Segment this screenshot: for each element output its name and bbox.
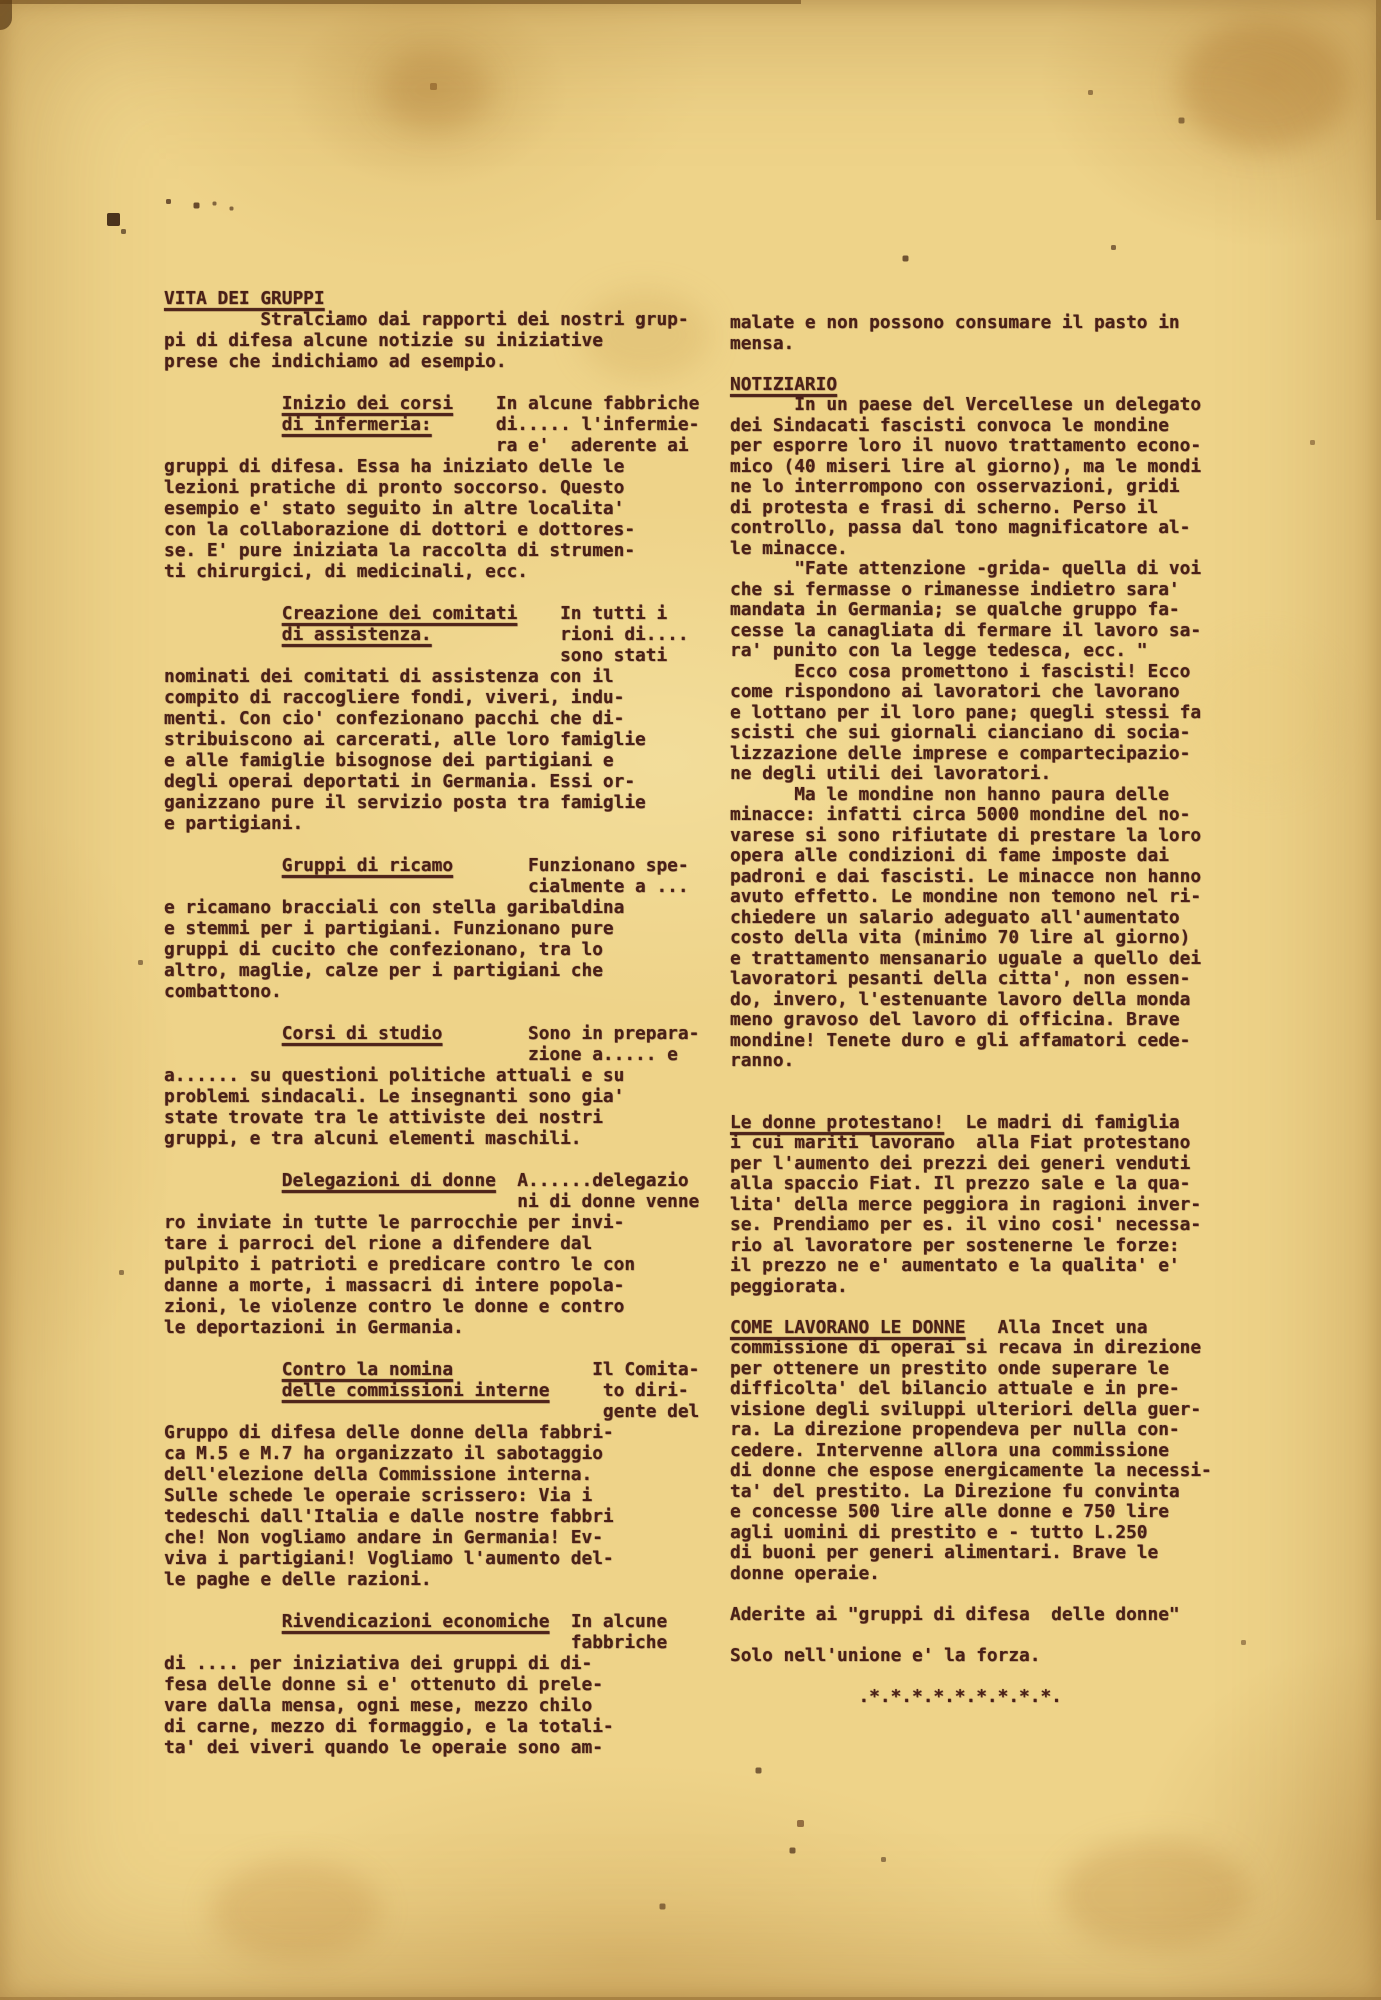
text-run: rioni di.... bbox=[432, 624, 689, 645]
text-line: padroni e dai fascisti. Le minacce non h… bbox=[730, 867, 1212, 888]
text-line: che si fermasse o rimanesse indietro sar… bbox=[730, 580, 1212, 601]
text-run: In un paese del Vercellese un delegato bbox=[730, 394, 1201, 415]
text-run: cialmente a ... bbox=[164, 876, 689, 897]
text-line: cedere. Intervenne allora una commission… bbox=[730, 1441, 1212, 1462]
text-line: cesse la canagliata di fermare il lavoro… bbox=[730, 621, 1212, 642]
text-line: di donne che espose energicamente la nec… bbox=[730, 1461, 1212, 1482]
text-line: visione degli sviluppi ulteriori della g… bbox=[730, 1400, 1212, 1421]
text-line: Le donne protestano! Le madri di famigli… bbox=[730, 1113, 1212, 1134]
text-line: lezioni pratiche di pronto soccorso. Que… bbox=[164, 477, 699, 498]
text-line: con la collaborazione di dottori e dotto… bbox=[164, 519, 699, 540]
text-line: do, invero, l'estenuante lavoro della mo… bbox=[730, 990, 1212, 1011]
text-run: ro inviate in tutte le parrocchie per in… bbox=[164, 1212, 624, 1233]
text-line: mondine! Tenete duro e gli affamatori ce… bbox=[730, 1031, 1212, 1052]
text-run: ne degli utili dei lavoratori. bbox=[730, 763, 1051, 784]
text-run: e partigiani. bbox=[164, 813, 303, 834]
right-column: malate e non possono consumare il pasto … bbox=[730, 313, 1212, 1707]
text-run: ra. La direzione propendeva per nulla co… bbox=[730, 1419, 1180, 1440]
text-run: gruppi di difesa. Essa ha iniziato delle… bbox=[164, 456, 624, 477]
text-line: malate e non possono consumare il pasto … bbox=[730, 313, 1212, 334]
text-line: tare i parroci del rione a difendere dal bbox=[164, 1233, 699, 1254]
section-heading: Contro la nomina bbox=[282, 1359, 453, 1380]
text-run: le minacce. bbox=[730, 538, 848, 559]
text-run: agli uomini di prestito e - tutto L.250 bbox=[730, 1522, 1148, 1543]
text-line: nominati dei comitati di assistenza con … bbox=[164, 666, 699, 687]
text-run: varese si sono rifiutate di prestare la … bbox=[730, 825, 1201, 846]
text-run: esempio e' stato seguito in altre locali… bbox=[164, 498, 624, 519]
text-run: costo della vita (minimo 70 lire al gior… bbox=[730, 927, 1190, 948]
section-heading: delle commissioni interne bbox=[282, 1380, 550, 1401]
text-line: se. E' pure iniziata la raccolta di stru… bbox=[164, 540, 699, 561]
text-line: e concesse 500 lire alle donne e 750 lir… bbox=[730, 1502, 1212, 1523]
text-run: ne lo interrompono con osservazioni, gri… bbox=[730, 476, 1180, 497]
text-run: dell'elezione della Commissione interna. bbox=[164, 1464, 592, 1485]
text-run: lavoratori pesanti della citta', non ess… bbox=[730, 968, 1190, 989]
text-run: lita' della merce peggiora in ragioni in… bbox=[730, 1194, 1201, 1215]
text-line: e trattamento mensanario uguale a quello… bbox=[730, 949, 1212, 970]
text-run: avuto effetto. Le mondine non temono nel… bbox=[730, 886, 1201, 907]
text-run: ra' punito con la legge tedesca, ecc. " bbox=[730, 640, 1148, 661]
text-run: il prezzo ne e' aumentato e la qualita' … bbox=[730, 1255, 1180, 1276]
text-line: lavoratori pesanti della citta', non ess… bbox=[730, 969, 1212, 990]
text-run: danne a morte, i massacri di intere popo… bbox=[164, 1275, 624, 1296]
text-line: Stralciamo dai rapporti dei nostri grup- bbox=[164, 309, 699, 330]
text-run: tedeschi dall'Italia e dalle nostre fabb… bbox=[164, 1506, 614, 1527]
text-line: per esporre loro il nuovo trattamento ec… bbox=[730, 436, 1212, 457]
text-line: COME LAVORANO LE DONNE Alla Incet una bbox=[730, 1318, 1212, 1339]
text-run: malate e non possono consumare il pasto … bbox=[730, 312, 1180, 333]
paper-corner-topleft bbox=[0, 0, 12, 30]
section-heading: VITA DEI GRUPPI bbox=[164, 288, 325, 309]
text-run: di donne che espose energicamente la nec… bbox=[730, 1460, 1212, 1481]
text-line: rio al lavoratore per sostenerne le forz… bbox=[730, 1236, 1212, 1257]
text-run bbox=[164, 1170, 282, 1191]
text-line: commissione di operai si recava in direz… bbox=[730, 1338, 1212, 1359]
text-line bbox=[164, 372, 699, 393]
text-line: delle commissioni interne to diri- bbox=[164, 1380, 699, 1401]
text-run: padroni e dai fascisti. Le minacce non h… bbox=[730, 866, 1201, 887]
text-line: esempio e' stato seguito in altre locali… bbox=[164, 498, 699, 519]
text-line: di protesta e frasi di scherno. Perso il bbox=[730, 498, 1212, 519]
text-run: mondine! Tenete duro e gli affamatori ce… bbox=[730, 1030, 1190, 1051]
text-line: le paghe e delle razioni. bbox=[164, 1569, 699, 1590]
text-line bbox=[730, 1625, 1212, 1646]
text-line: tedeschi dall'Italia e dalle nostre fabb… bbox=[164, 1506, 699, 1527]
text-run: ta' dei viveri quando le operaie sono am… bbox=[164, 1737, 603, 1758]
text-line: degli operai deportati in Germania. Essi… bbox=[164, 771, 699, 792]
text-run: ra e' aderente ai bbox=[164, 435, 689, 456]
text-line: altro, maglie, calze per i partigiani ch… bbox=[164, 960, 699, 981]
text-run: Le madri di famiglia bbox=[944, 1112, 1180, 1133]
section-heading: Inizio dei corsi bbox=[282, 393, 453, 414]
text-line: meno gravoso del lavoro di officina. Bra… bbox=[730, 1010, 1212, 1031]
text-line: per l'aumento dei prezzi dei generi vend… bbox=[730, 1154, 1212, 1175]
text-line bbox=[164, 1590, 699, 1611]
text-line: VITA DEI GRUPPI bbox=[164, 288, 699, 309]
text-run: problemi sindacali. Le insegnanti sono g… bbox=[164, 1086, 624, 1107]
text-line: ne lo interrompono con osservazioni, gri… bbox=[730, 477, 1212, 498]
text-line: scisti che sui giornali cianciano di soc… bbox=[730, 723, 1212, 744]
text-line: "Fate attenzione -grida- quella di voi bbox=[730, 559, 1212, 580]
text-run: visione degli sviluppi ulteriori della g… bbox=[730, 1399, 1201, 1420]
text-run: di..... l'infermie- bbox=[432, 414, 700, 435]
text-line: .*.*.*.*.*.*.*.*.*. bbox=[730, 1687, 1212, 1708]
text-line: gente del bbox=[164, 1401, 699, 1422]
text-line: fabbriche bbox=[164, 1632, 699, 1653]
text-line: sono stati bbox=[164, 645, 699, 666]
text-line: prese che indichiamo ad esempio. bbox=[164, 351, 699, 372]
text-run: A......delegazio bbox=[496, 1170, 689, 1191]
text-run: con la collaborazione di dottori e dotto… bbox=[164, 519, 635, 540]
text-line: compito di raccogliere fondi, viveri, in… bbox=[164, 687, 699, 708]
text-run: compito di raccogliere fondi, viveri, in… bbox=[164, 687, 624, 708]
text-line: gruppi, e tra alcuni elementi maschili. bbox=[164, 1128, 699, 1149]
text-line: a...... su questioni politiche attuali e… bbox=[164, 1065, 699, 1086]
text-run bbox=[164, 855, 282, 876]
text-line: ti chirurgici, di medicinali, ecc. bbox=[164, 561, 699, 582]
text-line: controllo, passa dal tono magnificatore … bbox=[730, 518, 1212, 539]
text-line: che! Non vogliamo andare in Germania! Ev… bbox=[164, 1527, 699, 1548]
text-line: combattono. bbox=[164, 981, 699, 1002]
text-line: fesa delle donne si e' ottenuto di prele… bbox=[164, 1674, 699, 1695]
text-run: mico (40 miseri lire al giorno), ma le m… bbox=[730, 456, 1201, 477]
text-line: Aderite ai "gruppi di difesa delle donne… bbox=[730, 1605, 1212, 1626]
text-run: .*.*.*.*.*.*.*.*.*. bbox=[730, 1686, 1062, 1707]
text-run: ni di donne venne bbox=[164, 1191, 699, 1212]
text-line: mandata in Germania; se qualche gruppo f… bbox=[730, 600, 1212, 621]
text-line: ca M.5 e M.7 ha organizzato il sabotaggi… bbox=[164, 1443, 699, 1464]
text-run bbox=[164, 624, 282, 645]
text-line: Gruppi di ricamo Funzionano spe- bbox=[164, 855, 699, 876]
text-line: costo della vita (minimo 70 lire al gior… bbox=[730, 928, 1212, 949]
text-run: Sulle schede le operaie scrissero: Via i bbox=[164, 1485, 592, 1506]
text-run bbox=[164, 393, 282, 414]
text-run: scisti che sui giornali cianciano di soc… bbox=[730, 722, 1190, 743]
text-run: altro, maglie, calze per i partigiani ch… bbox=[164, 960, 603, 981]
text-run: ganizzano pure il servizio posta tra fam… bbox=[164, 792, 646, 813]
text-run: mensa. bbox=[730, 333, 794, 354]
text-line bbox=[164, 1002, 699, 1023]
section-heading: Rivendicazioni economiche bbox=[282, 1611, 550, 1632]
text-run: meno gravoso del lavoro di officina. Bra… bbox=[730, 1009, 1180, 1030]
section-heading: di assistenza. bbox=[282, 624, 432, 645]
text-run: per l'aumento dei prezzi dei generi vend… bbox=[730, 1153, 1190, 1174]
left-column: VITA DEI GRUPPI Stralciamo dai rapporti … bbox=[164, 288, 699, 1758]
text-run: In alcune bbox=[549, 1611, 667, 1632]
text-line: cialmente a ... bbox=[164, 876, 699, 897]
text-line: ta' dei viveri quando le operaie sono am… bbox=[164, 1737, 699, 1758]
text-line: donne operaie. bbox=[730, 1564, 1212, 1585]
text-line: di infermeria: di..... l'infermie- bbox=[164, 414, 699, 435]
text-line: le minacce. bbox=[730, 539, 1212, 560]
text-run: Stralciamo dai rapporti dei nostri grup- bbox=[164, 309, 689, 330]
text-line: ta' del prestito. La Direzione fu convin… bbox=[730, 1482, 1212, 1503]
text-line: mico (40 miseri lire al giorno), ma le m… bbox=[730, 457, 1212, 478]
text-run: e concesse 500 lire alle donne e 750 lir… bbox=[730, 1501, 1169, 1522]
text-line: peggiorata. bbox=[730, 1277, 1212, 1298]
text-line: menti. Con cio' confezionano pacchi che … bbox=[164, 708, 699, 729]
text-line: dell'elezione della Commissione interna. bbox=[164, 1464, 699, 1485]
text-line: ra e' aderente ai bbox=[164, 435, 699, 456]
text-run: pi di difesa alcune notizie su iniziativ… bbox=[164, 330, 603, 351]
text-line: zioni, le violenze contro le donne e con… bbox=[164, 1296, 699, 1317]
text-run: Sono in prepara- bbox=[442, 1023, 699, 1044]
text-line: Ma le mondine non hanno paura delle bbox=[730, 785, 1212, 806]
text-run: Funzionano spe- bbox=[453, 855, 689, 876]
text-line: mensa. bbox=[730, 334, 1212, 355]
text-line: avuto effetto. Le mondine non temono nel… bbox=[730, 887, 1212, 908]
text-run: e trattamento mensanario uguale a quello… bbox=[730, 948, 1201, 969]
section-heading: Creazione dei comitati bbox=[282, 603, 518, 624]
text-line: Ecco cosa promettono i fascisti! Ecco bbox=[730, 662, 1212, 683]
text-line: lizzazione delle imprese e compartecipaz… bbox=[730, 744, 1212, 765]
text-line bbox=[164, 834, 699, 855]
text-line: ro inviate in tutte le parrocchie per in… bbox=[164, 1212, 699, 1233]
text-run: e lottano per il loro pane; quegli stess… bbox=[730, 702, 1201, 723]
text-line: minacce: infatti circa 5000 mondine del … bbox=[730, 805, 1212, 826]
text-line: di buoni per generi alimentari. Brave le bbox=[730, 1543, 1212, 1564]
text-run bbox=[164, 603, 282, 624]
text-line: Sulle schede le operaie scrissero: Via i bbox=[164, 1485, 699, 1506]
text-run: minacce: infatti circa 5000 mondine del … bbox=[730, 804, 1190, 825]
text-run: se. Prendiamo per es. il vino cosi' nece… bbox=[730, 1214, 1201, 1235]
text-line: i cui mariti lavorano alla Fiat protesta… bbox=[730, 1133, 1212, 1154]
paper-stain bbox=[1180, 20, 1350, 150]
text-run: menti. Con cio' confezionano pacchi che … bbox=[164, 708, 624, 729]
text-line: di carne, mezzo di formaggio, e la total… bbox=[164, 1716, 699, 1737]
text-run: vare dalla mensa, ogni mese, mezzo chilo bbox=[164, 1695, 592, 1716]
section-heading: NOTIZIARIO bbox=[730, 374, 837, 395]
text-line: e alle famiglie bisognose dei partigiani… bbox=[164, 750, 699, 771]
section-heading: Corsi di studio bbox=[282, 1023, 443, 1044]
text-run bbox=[164, 1359, 282, 1380]
text-line: agli uomini di prestito e - tutto L.250 bbox=[730, 1523, 1212, 1544]
text-line: di .... per iniziativa dei gruppi di di- bbox=[164, 1653, 699, 1674]
text-line: problemi sindacali. Le insegnanti sono g… bbox=[164, 1086, 699, 1107]
text-line: In un paese del Vercellese un delegato bbox=[730, 395, 1212, 416]
text-line bbox=[730, 1666, 1212, 1687]
text-run: Ecco cosa promettono i fascisti! Ecco bbox=[730, 661, 1190, 682]
paper-stain bbox=[1190, 640, 1340, 790]
paper-stain bbox=[210, 1860, 380, 1960]
text-run: come rispondono ai lavoratori che lavora… bbox=[730, 681, 1180, 702]
text-run: di carne, mezzo di formaggio, e la total… bbox=[164, 1716, 614, 1737]
text-line bbox=[730, 354, 1212, 375]
section-heading: Gruppi di ricamo bbox=[282, 855, 453, 876]
text-line bbox=[164, 582, 699, 603]
text-run: le paghe e delle razioni. bbox=[164, 1569, 432, 1590]
text-line: e stemmi per i partigiani. Funzionano pu… bbox=[164, 918, 699, 939]
text-line bbox=[164, 1338, 699, 1359]
text-run: di protesta e frasi di scherno. Perso il bbox=[730, 497, 1158, 518]
text-line: e ricamano bracciali con stella garibald… bbox=[164, 897, 699, 918]
text-run: cesse la canagliata di fermare il lavoro… bbox=[730, 620, 1201, 641]
text-run: se. E' pure iniziata la raccolta di stru… bbox=[164, 540, 635, 561]
text-line bbox=[730, 1072, 1212, 1093]
document-page: VITA DEI GRUPPI Stralciamo dai rapporti … bbox=[0, 0, 1381, 2000]
text-run: Aderite ai "gruppi di difesa delle donne… bbox=[730, 1604, 1180, 1625]
text-line: e lottano per il loro pane; quegli stess… bbox=[730, 703, 1212, 724]
text-run: e stemmi per i partigiani. Funzionano pu… bbox=[164, 918, 614, 939]
text-run: fesa delle donne si e' ottenuto di prele… bbox=[164, 1674, 603, 1695]
text-line: stribuiscono ai carcerati, alle loro fam… bbox=[164, 729, 699, 750]
section-heading: di infermeria: bbox=[282, 414, 432, 435]
text-line: ganizzano pure il servizio posta tra fam… bbox=[164, 792, 699, 813]
text-line: ni di donne venne bbox=[164, 1191, 699, 1212]
text-line: varese si sono rifiutate di prestare la … bbox=[730, 826, 1212, 847]
text-line: ra' punito con la legge tedesca, ecc. " bbox=[730, 641, 1212, 662]
text-line bbox=[730, 1584, 1212, 1605]
text-line: Inizio dei corsi In alcune fabbriche bbox=[164, 393, 699, 414]
text-run: dei Sindacati fascisti convoca le mondin… bbox=[730, 415, 1169, 436]
text-run: sono stati bbox=[164, 645, 667, 666]
text-run: "Fate attenzione -grida- quella di voi bbox=[730, 558, 1201, 579]
text-run: zione a..... e bbox=[164, 1044, 678, 1065]
text-run: difficolta' del bilancio attuale e in pr… bbox=[730, 1378, 1180, 1399]
section-heading: COME LAVORANO LE DONNE bbox=[730, 1317, 966, 1338]
text-line: opera alle condizioni di fame imposte da… bbox=[730, 846, 1212, 867]
text-line: NOTIZIARIO bbox=[730, 375, 1212, 396]
text-line: zione a..... e bbox=[164, 1044, 699, 1065]
text-run: ranno. bbox=[730, 1050, 794, 1071]
text-run: In tutti i bbox=[517, 603, 667, 624]
text-run: gente del bbox=[164, 1401, 699, 1422]
text-run: i cui mariti lavorano alla Fiat protesta… bbox=[730, 1132, 1190, 1153]
ink-specks bbox=[0, 0, 1, 1]
text-run: per ottenere un prestito onde superare l… bbox=[730, 1358, 1169, 1379]
text-line bbox=[730, 1297, 1212, 1318]
text-run: prese che indichiamo ad esempio. bbox=[164, 351, 507, 372]
text-run: In alcune fabbriche bbox=[453, 393, 699, 414]
text-line: le deportazioni in Germania. bbox=[164, 1317, 699, 1338]
text-run: che si fermasse o rimanesse indietro sar… bbox=[730, 579, 1180, 600]
text-run: zioni, le violenze contro le donne e con… bbox=[164, 1296, 624, 1317]
text-run: stribuiscono ai carcerati, alle loro fam… bbox=[164, 729, 646, 750]
text-run: e ricamano bracciali con stella garibald… bbox=[164, 897, 624, 918]
text-run: donne operaie. bbox=[730, 1563, 880, 1584]
text-line: chiedere un salario adeguato all'aumenta… bbox=[730, 908, 1212, 929]
text-run: di .... per iniziativa dei gruppi di di- bbox=[164, 1653, 592, 1674]
text-line: viva i partigiani! Vogliamo l'aumento de… bbox=[164, 1548, 699, 1569]
text-run: viva i partigiani! Vogliamo l'aumento de… bbox=[164, 1548, 614, 1569]
paper-stain bbox=[1060, 1840, 1250, 1950]
text-run: ti chirurgici, di medicinali, ecc. bbox=[164, 561, 528, 582]
text-run: peggiorata. bbox=[730, 1276, 848, 1297]
text-run: di buoni per generi alimentari. Brave le bbox=[730, 1542, 1158, 1563]
text-run: per esporre loro il nuovo trattamento ec… bbox=[730, 435, 1201, 456]
text-line: pulpito i patrioti e predicare contro le… bbox=[164, 1254, 699, 1275]
text-run: lezioni pratiche di pronto soccorso. Que… bbox=[164, 477, 624, 498]
text-run: degli operai deportati in Germania. Essi… bbox=[164, 771, 635, 792]
paper-edge-top bbox=[0, 0, 801, 4]
text-line: gruppi di difesa. Essa ha iniziato delle… bbox=[164, 456, 699, 477]
text-run: nominati dei comitati di assistenza con … bbox=[164, 666, 614, 687]
section-heading: Le donne protestano! bbox=[730, 1112, 944, 1133]
text-line: ranno. bbox=[730, 1051, 1212, 1072]
text-run: chiedere un salario adeguato all'aumenta… bbox=[730, 907, 1180, 928]
text-line: difficolta' del bilancio attuale e in pr… bbox=[730, 1379, 1212, 1400]
text-line: Rivendicazioni economiche In alcune bbox=[164, 1611, 699, 1632]
text-run: ta' del prestito. La Direzione fu convin… bbox=[730, 1481, 1180, 1502]
text-run: a...... su questioni politiche attuali e… bbox=[164, 1065, 624, 1086]
text-line: Delegazioni di donne A......delegazio bbox=[164, 1170, 699, 1191]
paper-edge-right bbox=[1376, 0, 1381, 220]
text-run: opera alle condizioni di fame imposte da… bbox=[730, 845, 1169, 866]
text-line: come rispondono ai lavoratori che lavora… bbox=[730, 682, 1212, 703]
text-run: Ma le mondine non hanno paura delle bbox=[730, 784, 1169, 805]
text-line: pi di difesa alcune notizie su iniziativ… bbox=[164, 330, 699, 351]
text-run: pulpito i patrioti e predicare contro le… bbox=[164, 1254, 635, 1275]
text-line: state trovate tra le attiviste dei nostr… bbox=[164, 1107, 699, 1128]
text-run: le deportazioni in Germania. bbox=[164, 1317, 464, 1338]
text-run: tare i parroci del rione a difendere dal bbox=[164, 1233, 592, 1254]
text-run bbox=[164, 1380, 282, 1401]
text-line: Corsi di studio Sono in prepara- bbox=[164, 1023, 699, 1044]
text-run: Solo nell'unione e' la forza. bbox=[730, 1645, 1040, 1666]
text-line: vare dalla mensa, ogni mese, mezzo chilo bbox=[164, 1695, 699, 1716]
text-run bbox=[164, 414, 282, 435]
text-line: lita' della merce peggiora in ragioni in… bbox=[730, 1195, 1212, 1216]
text-line: e partigiani. bbox=[164, 813, 699, 834]
text-run: alla spaccio Fiat. Il prezzo sale e la q… bbox=[730, 1173, 1190, 1194]
text-run: Gruppo di difesa delle donne della fabbr… bbox=[164, 1422, 614, 1443]
text-run: commissione di operai si recava in direz… bbox=[730, 1337, 1201, 1358]
text-run: fabbriche bbox=[164, 1632, 667, 1653]
text-run: Alla Incet una bbox=[966, 1317, 1148, 1338]
text-run: cedere. Intervenne allora una commission… bbox=[730, 1440, 1169, 1461]
text-line: danne a morte, i massacri di intere popo… bbox=[164, 1275, 699, 1296]
text-line: dei Sindacati fascisti convoca le mondin… bbox=[730, 416, 1212, 437]
text-run: ca M.5 e M.7 ha organizzato il sabotaggi… bbox=[164, 1443, 603, 1464]
text-line: Gruppo di difesa delle donne della fabbr… bbox=[164, 1422, 699, 1443]
text-line: se. Prendiamo per es. il vino cosi' nece… bbox=[730, 1215, 1212, 1236]
text-run bbox=[164, 1611, 282, 1632]
text-run bbox=[164, 1023, 282, 1044]
section-heading: Delegazioni di donne bbox=[282, 1170, 496, 1191]
text-run: gruppi di cucito che confezionano, tra l… bbox=[164, 939, 603, 960]
text-run: rio al lavoratore per sostenerne le forz… bbox=[730, 1235, 1180, 1256]
text-run: state trovate tra le attiviste dei nostr… bbox=[164, 1107, 603, 1128]
text-run: controllo, passa dal tono magnificatore … bbox=[730, 517, 1190, 538]
paper-stain bbox=[380, 50, 490, 130]
text-run: combattono. bbox=[164, 981, 282, 1002]
text-run: mandata in Germania; se qualche gruppo f… bbox=[730, 599, 1180, 620]
text-run: lizzazione delle imprese e compartecipaz… bbox=[730, 743, 1190, 764]
text-run: to diri- bbox=[549, 1380, 688, 1401]
text-run: che! Non vogliamo andare in Germania! Ev… bbox=[164, 1527, 603, 1548]
text-line: Creazione dei comitati In tutti i bbox=[164, 603, 699, 624]
text-run: do, invero, l'estenuante lavoro della mo… bbox=[730, 989, 1190, 1010]
text-line: alla spaccio Fiat. Il prezzo sale e la q… bbox=[730, 1174, 1212, 1195]
text-line: Contro la nomina Il Comita- bbox=[164, 1359, 699, 1380]
text-line bbox=[164, 1149, 699, 1170]
text-line: ra. La direzione propendeva per nulla co… bbox=[730, 1420, 1212, 1441]
text-line: ne degli utili dei lavoratori. bbox=[730, 764, 1212, 785]
text-line bbox=[730, 1092, 1212, 1113]
text-line: gruppi di cucito che confezionano, tra l… bbox=[164, 939, 699, 960]
text-run: gruppi, e tra alcuni elementi maschili. bbox=[164, 1128, 582, 1149]
text-line: il prezzo ne e' aumentato e la qualita' … bbox=[730, 1256, 1212, 1277]
text-line: Solo nell'unione e' la forza. bbox=[730, 1646, 1212, 1667]
text-line: di assistenza. rioni di.... bbox=[164, 624, 699, 645]
text-run: Il Comita- bbox=[453, 1359, 699, 1380]
text-line: per ottenere un prestito onde superare l… bbox=[730, 1359, 1212, 1380]
text-run: e alle famiglie bisognose dei partigiani… bbox=[164, 750, 614, 771]
